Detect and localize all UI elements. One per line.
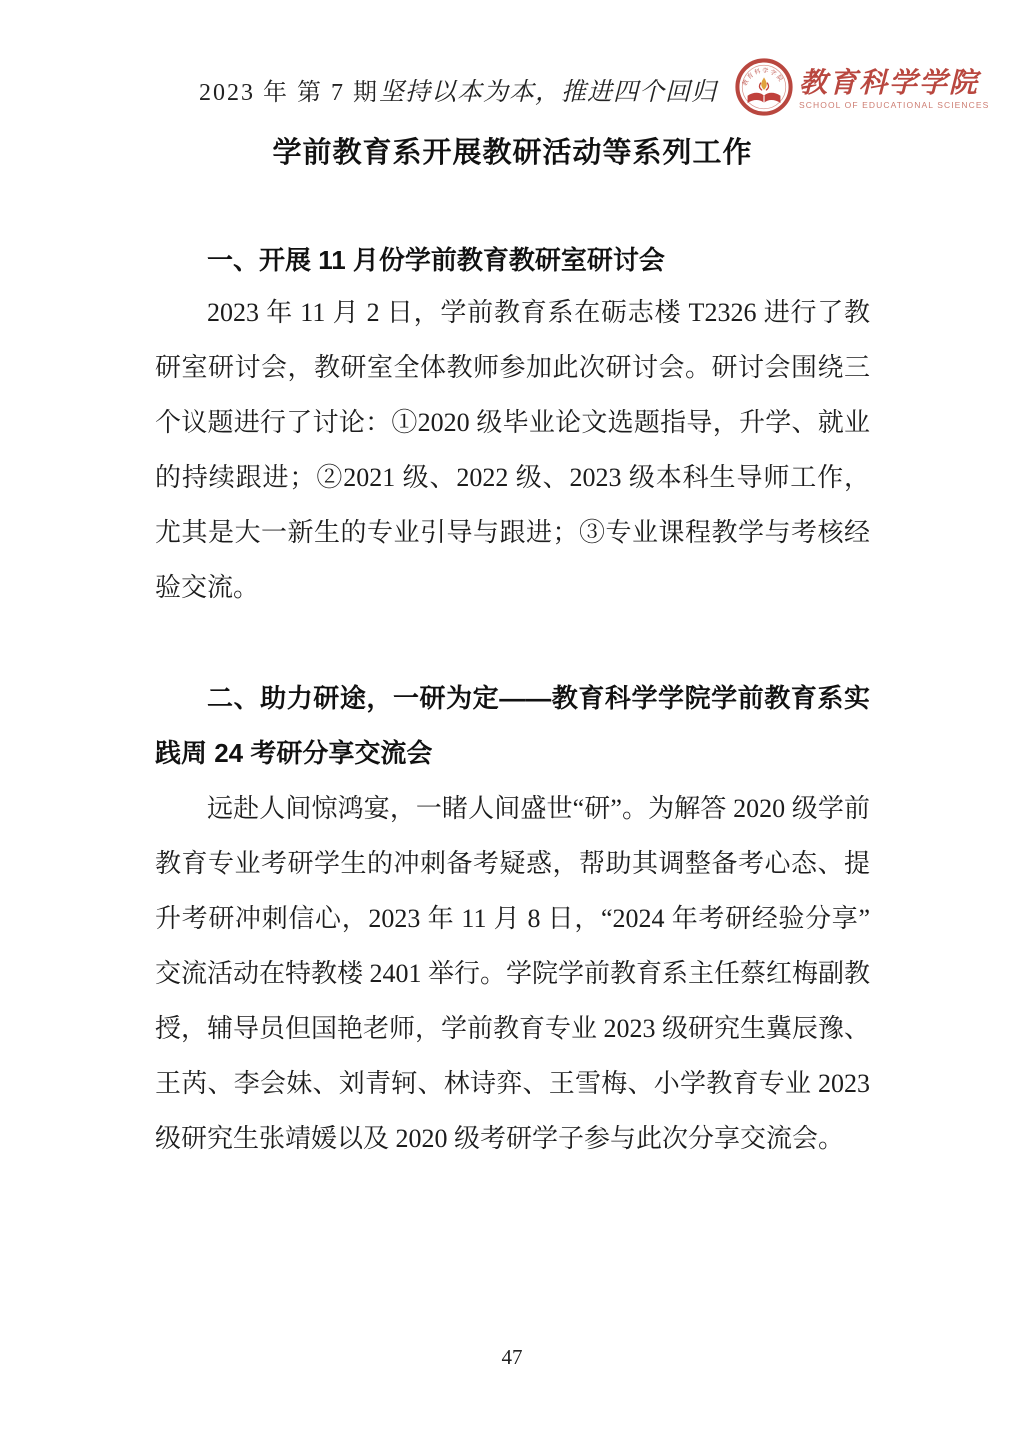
section-2-paragraph: 远赴人间惊鸿宴，一睹人间盛世“研”。为解答 2020 级学前教育专业考研学生的冲… bbox=[155, 781, 870, 1166]
section-2-heading: 二、助力研途，一研为定——教育科学学院学前教育系实践周 24 考研分享交流会 bbox=[155, 671, 870, 781]
section-1: 一、开展 11 月份学前教育教研室研讨会 2023 年 11 月 2 日，学前教… bbox=[155, 240, 870, 615]
section-2: 二、助力研途，一研为定——教育科学学院学前教育系实践周 24 考研分享交流会 远… bbox=[155, 671, 870, 1166]
document-body: 学前教育系开展教研活动等系列工作 一、开展 11 月份学前教育教研室研讨会 20… bbox=[155, 0, 870, 1166]
document-page: 2023 年 第 7 期 坚持以本为本，推进四个回归 教育科学学院 bbox=[0, 0, 1024, 1448]
page-number: 47 bbox=[0, 1345, 1024, 1370]
section-1-paragraph: 2023 年 11 月 2 日，学前教育系在砺志楼 T2326 进行了教研室研讨… bbox=[155, 285, 870, 615]
document-title: 学前教育系开展教研活动等系列工作 bbox=[155, 134, 870, 172]
section-1-heading: 一、开展 11 月份学前教育教研室研讨会 bbox=[155, 240, 870, 280]
